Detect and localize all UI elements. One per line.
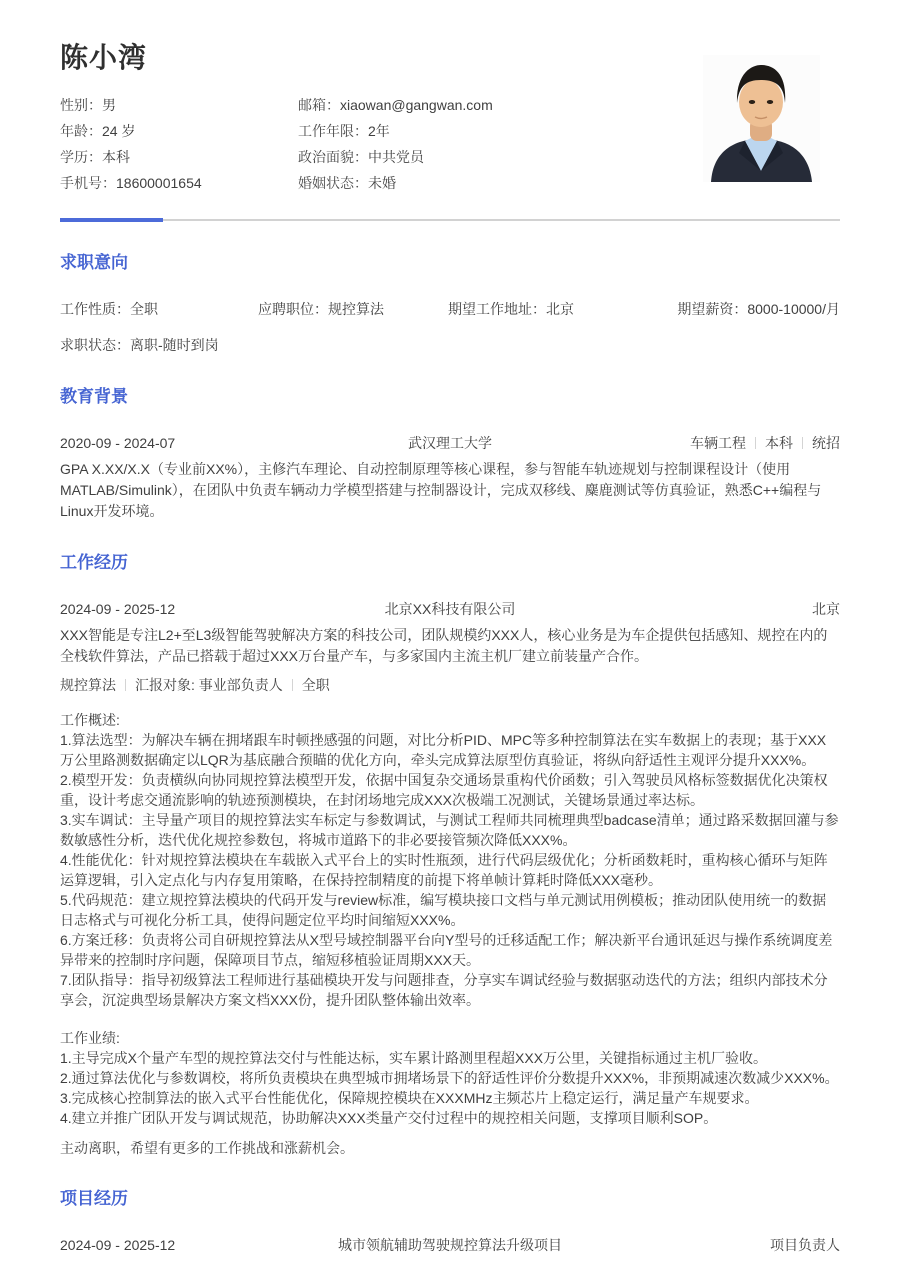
expected-location-value: 北京 <box>546 301 574 317</box>
phone-value: 18600001654 <box>116 175 202 191</box>
basic-info-right-column: 邮箱：xiaowan@gangwan.com 工作年限：2年 政治面貌：中共党员… <box>298 92 493 196</box>
section-title-work-experience: 工作经历 <box>60 552 840 573</box>
person-portrait-icon <box>703 55 820 182</box>
achievement-item-2: 2.通过算法优化与参数调校，将所负责模块在典型城市拥堵场景下的舒适性评价分数提升… <box>60 1068 840 1088</box>
education-details: 车辆工程本科统招 <box>610 433 840 454</box>
expected-location-label: 期望工作地址： <box>448 301 546 317</box>
overview-item-2: 2.模型开发：负责横纵向协同规控算法模型开发，依据中国复杂交通场景重构代价函数；… <box>60 770 840 810</box>
work-role-line: 规控算法汇报对象: 事业部负责人全职 <box>60 675 840 696</box>
job-nature-field: 工作性质：全职 <box>60 299 258 320</box>
separator-bar <box>125 679 126 691</box>
work-entry-row: 2024-09 - 2025-12 北京XX科技有限公司 北京 <box>60 599 840 620</box>
experience-years-value: 2年 <box>368 123 390 139</box>
job-intent-row-1: 工作性质：全职 应聘职位：规控算法 期望工作地址：北京 期望薪资：8000-10… <box>60 299 840 320</box>
job-intent-row-2: 求职状态：离职-随时到岗 <box>60 335 840 356</box>
section-title-project-experience: 项目经历 <box>60 1188 840 1209</box>
job-status-label: 求职状态： <box>60 337 130 353</box>
work-period: 2024-09 - 2025-12 <box>60 599 290 620</box>
education-label: 学历： <box>60 149 102 165</box>
project-entry-row: 2024-09 - 2025-12 城市领航辅助驾驶规控算法升级项目 项目负责人 <box>60 1235 840 1256</box>
project-role: 项目负责人 <box>610 1235 840 1256</box>
expected-salary-label: 期望薪资： <box>677 301 747 317</box>
leave-reason: 主动离职，希望有更多的工作挑战和涨薪机会。 <box>60 1138 840 1158</box>
target-position-value: 规控算法 <box>328 301 384 317</box>
education-description: GPA X.XX/X.X（专业前XX%），主修汽车理论、自动控制原理等核心课程，… <box>60 459 840 522</box>
marital-status-value: 未婚 <box>368 175 396 191</box>
info-row-email: 邮箱：xiaowan@gangwan.com <box>298 92 493 118</box>
separator-bar <box>802 437 803 449</box>
overview-item-1: 1.算法选型：为解决车辆在拥堵跟车时顿挫感强的问题，对比分析PID、MPC等多种… <box>60 730 840 770</box>
overview-item-6: 6.方案迁移：负责将公司自研规控算法从X型号域控制器平台向Y型号的迁移适配工作；… <box>60 930 840 970</box>
profile-photo <box>703 55 820 182</box>
expected-location-field: 期望工作地址：北京 <box>448 299 660 320</box>
expected-salary-field: 期望薪资：8000-10000/月 <box>660 299 840 320</box>
report-to: 汇报对象: 事业部负责人 <box>135 677 283 693</box>
separator-bar <box>755 437 756 449</box>
achievement-item-1: 1.主导完成X个量产车型的规控算法交付与性能达标，实车累计路测里程超XXX万公里… <box>60 1048 840 1068</box>
divider-blue-segment <box>60 218 163 222</box>
work-achievement-label: 工作业绩: <box>60 1028 840 1048</box>
gender-value: 男 <box>102 97 116 113</box>
job-nature-value: 全职 <box>130 301 158 317</box>
section-title-job-intent: 求职意向 <box>60 252 840 273</box>
position-name: 规控算法 <box>60 677 116 693</box>
education-value: 本科 <box>102 149 130 165</box>
section-title-education: 教育背景 <box>60 386 840 407</box>
work-overview-block: 工作概述: 1.算法选型：为解决车辆在拥堵跟车时顿挫感强的问题，对比分析PID、… <box>60 710 840 1010</box>
overview-item-4: 4.性能优化：针对规控算法模块在车载嵌入式平台上的实时性瓶颈，进行代码层级优化；… <box>60 850 840 890</box>
info-row-experience-years: 工作年限：2年 <box>298 118 493 144</box>
overview-item-5: 5.代码规范：建立规控算法模块的代码开发与review标准，编写模块接口文档与单… <box>60 890 840 930</box>
degree-name: 本科 <box>765 435 793 451</box>
overview-item-3: 3.实车调试：主导量产项目的规控算法实车标定与参数调试，与测试工程师共同梳理典型… <box>60 810 840 850</box>
email-label: 邮箱： <box>298 97 340 113</box>
experience-years-label: 工作年限： <box>298 123 368 139</box>
marital-status-label: 婚姻状态： <box>298 175 368 191</box>
basic-info-left-column: 性别：男 年龄：24 岁 学历：本科 手机号：18600001654 <box>60 92 298 196</box>
email-value: xiaowan@gangwan.com <box>340 97 493 113</box>
info-row-age: 年龄：24 岁 <box>60 118 298 144</box>
job-type: 全职 <box>302 677 330 693</box>
education-entry-row: 2020-09 - 2024-07 武汉理工大学 车辆工程本科统招 <box>60 433 840 454</box>
company-name: 北京XX科技有限公司 <box>290 599 610 620</box>
education-period: 2020-09 - 2024-07 <box>60 433 290 454</box>
overview-item-7: 7.团队指导：指导初级算法工程师进行基础模块开发与问题排查，分享实车调试经验与数… <box>60 970 840 1010</box>
work-achievement-block: 工作业绩: 1.主导完成X个量产车型的规控算法交付与性能达标，实车累计路测里程超… <box>60 1028 840 1128</box>
achievement-item-4: 4.建立并推广团队开发与调试规范，协助解决XXX类量产交付过程中的规控相关问题，… <box>60 1108 840 1128</box>
expected-salary-value: 8000-10000/月 <box>747 301 840 317</box>
info-row-political-status: 政治面貌：中共党员 <box>298 144 493 170</box>
info-row-education: 学历：本科 <box>60 144 298 170</box>
political-status-label: 政治面貌： <box>298 149 368 165</box>
project-period: 2024-09 - 2025-12 <box>60 1235 290 1256</box>
separator-bar <box>292 679 293 691</box>
age-value: 24 岁 <box>102 123 135 139</box>
school-name: 武汉理工大学 <box>290 433 610 454</box>
gender-label: 性别： <box>60 97 102 113</box>
work-location: 北京 <box>610 599 840 620</box>
info-row-gender: 性别：男 <box>60 92 298 118</box>
age-label: 年龄： <box>60 123 102 139</box>
phone-label: 手机号： <box>60 175 116 191</box>
job-nature-label: 工作性质： <box>60 301 130 317</box>
project-name: 城市领航辅助驾驶规控算法升级项目 <box>290 1235 610 1256</box>
target-position-field: 应聘职位：规控算法 <box>258 299 448 320</box>
job-status-value: 离职-随时到岗 <box>130 337 219 353</box>
info-row-marital-status: 婚姻状态：未婚 <box>298 170 493 196</box>
political-status-value: 中共党员 <box>368 149 424 165</box>
major-name: 车辆工程 <box>690 435 746 451</box>
divider-gray-segment <box>163 219 840 221</box>
work-overview-label: 工作概述: <box>60 710 840 730</box>
achievement-item-3: 3.完成核心控制算法的嵌入式平台性能优化，保障规控模块在XXXMHz主频芯片上稳… <box>60 1088 840 1108</box>
info-row-phone: 手机号：18600001654 <box>60 170 298 196</box>
resume-page: 陈小湾 性别：男 年龄：24 岁 学历：本科 手机号：18600001654 邮… <box>0 0 900 1275</box>
company-intro: XXX智能是专注L2+至L3级智能驾驶解决方案的科技公司，团队规模约XXX人，核… <box>60 625 840 667</box>
enroll-type: 统招 <box>812 435 840 451</box>
target-position-label: 应聘职位： <box>258 301 328 317</box>
header-divider <box>60 218 840 222</box>
